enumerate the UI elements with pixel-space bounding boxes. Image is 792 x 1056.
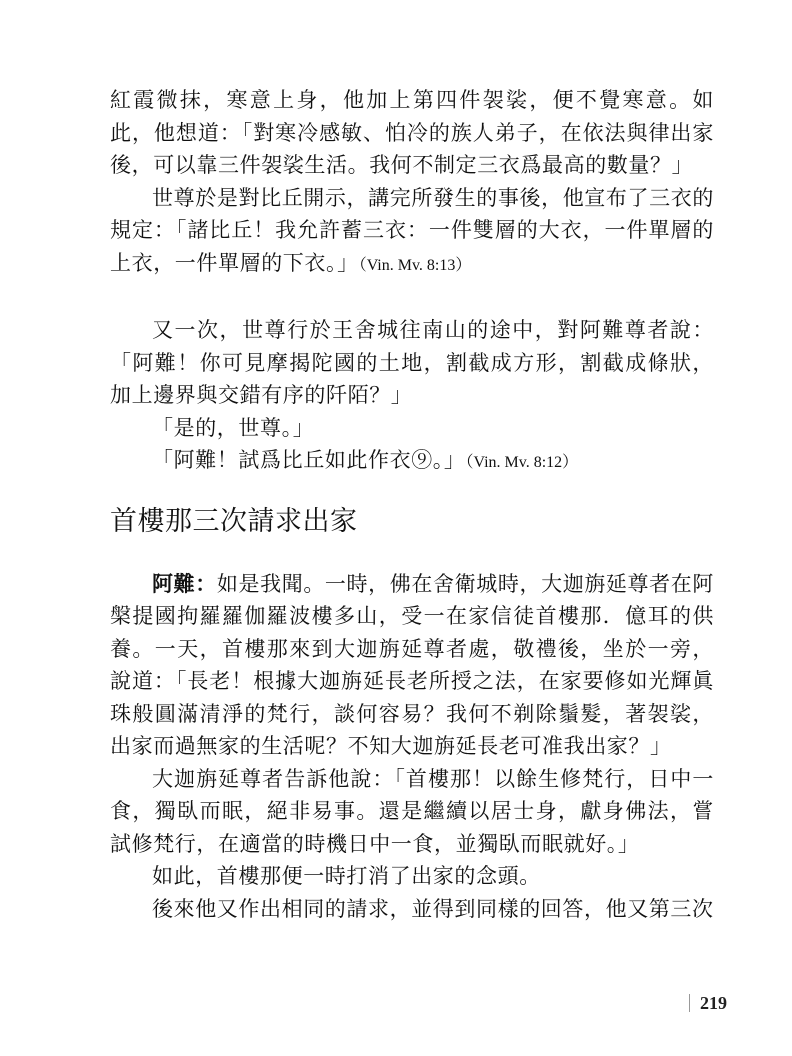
page-number: 219 (700, 993, 727, 1014)
paragraph-1: 紅霞微抹，寒意上身，他加上第四件袈裟，便不覺寒意。如此，他想道：「對寒冷感敏、怕… (110, 84, 714, 182)
paragraph-text: 「阿難！試爲比丘如此作衣⑨。」 (152, 448, 466, 472)
paragraph-text: 大迦旃延尊者告訴他說：「首樓那！以餘生修梵行，日中一食，獨臥而眠，絕非易事。還是… (110, 767, 714, 856)
paragraph-3: 又一次，世尊行於王舍城往南山的途中，對阿難尊者說：「阿難！你可見摩揭陀國的土地，… (110, 314, 714, 412)
paragraph-text: 如此，首樓那便一時打消了出家的念頭。 (152, 864, 541, 888)
section-heading: 首樓那三次請求出家 (110, 502, 714, 542)
paragraph-9: 後來他又作出相同的請求，並得到同樣的回答，他又第三次 (110, 893, 714, 926)
speaker-label: 阿難： (152, 571, 217, 596)
paragraph-4: 「是的，世尊。」 (110, 412, 714, 445)
paragraph-text: 紅霞微抹，寒意上身，他加上第四件袈裟，便不覺寒意。如此，他想道：「對寒冷感敏、怕… (110, 88, 714, 177)
page-number-divider (689, 994, 690, 1012)
paragraph-6: 阿難：如是我聞。一時，佛在舍衛城時，大迦旃延尊者在阿槃提國拘羅羅伽羅波樓多山，受… (110, 568, 714, 763)
paragraph-2: 世尊於是對比丘開示，講完所發生的事後，他宣布了三衣的規定：「諸比丘！我允許蓄三衣… (110, 182, 714, 283)
paragraph-text: 如是我聞。一時，佛在舍衛城時，大迦旃延尊者在阿槃提國拘羅羅伽羅波樓多山，受一在家… (110, 572, 714, 759)
paragraph-text: 「是的，世尊。」 (152, 416, 314, 440)
paragraph-text: 又一次，世尊行於王舍城往南山的途中，對阿難尊者說：「阿難！你可見摩揭陀國的土地，… (110, 318, 714, 407)
paragraph-5: 「阿難！試爲比丘如此作衣⑨。」（Vin. Mv. 8:12） (110, 444, 714, 480)
paragraph-text: 後來他又作出相同的請求，並得到同樣的回答，他又第三次 (152, 897, 714, 921)
paragraph-7: 大迦旃延尊者告訴他說：「首樓那！以餘生修梵行，日中一食，獨臥而眠，絕非易事。還是… (110, 763, 714, 861)
paragraph-gap (110, 282, 714, 314)
citation: （Vin. Mv. 8:13） (359, 257, 472, 274)
citation: （Vin. Mv. 8:12） (466, 454, 579, 471)
document-page: 紅霞微抹，寒意上身，他加上第四件袈裟，便不覺寒意。如此，他想道：「對寒冷感敏、怕… (110, 84, 714, 925)
paragraph-8: 如此，首樓那便一時打消了出家的念頭。 (110, 860, 714, 893)
